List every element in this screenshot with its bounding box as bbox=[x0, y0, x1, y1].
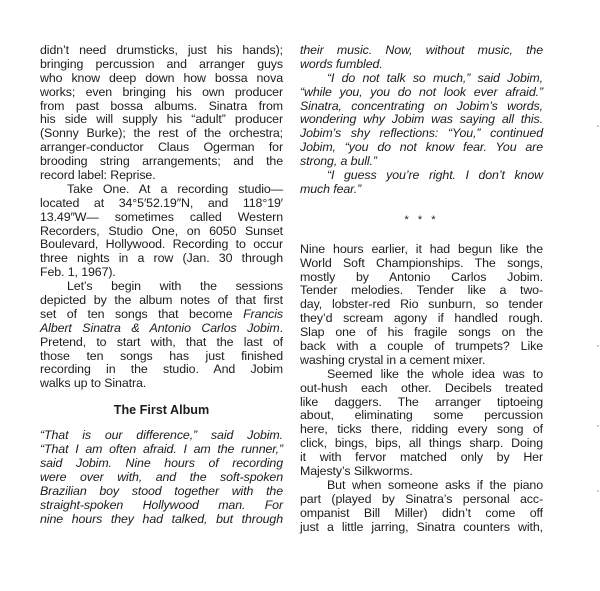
text-line: click, bings, bips, all things sharp. Do… bbox=[300, 437, 543, 451]
text-line: recording in the studio. And Jobim bbox=[40, 363, 283, 377]
spacer bbox=[300, 197, 543, 213]
text-line: Sinatra, concentrating on Jobim’s words, bbox=[300, 100, 543, 114]
scan-speck bbox=[597, 125, 599, 127]
text-line: mostly by Antonio Carlos Jobim. bbox=[300, 271, 543, 285]
text-line: located at 34°5′52.19″N, and 118°19′ bbox=[40, 197, 283, 211]
section-break-asterisks: * * * bbox=[300, 213, 543, 227]
text-line: his side will supply his “adult” produce… bbox=[40, 113, 283, 127]
text-segment: . bbox=[280, 321, 283, 335]
text-line: like daggers. The arranger tiptoeing bbox=[300, 396, 543, 410]
text-line: “I guess you’re right. I don’t know bbox=[300, 169, 543, 183]
text-line: Recorders, Studio One, on 6050 Sunset bbox=[40, 225, 283, 239]
album-title-italic: Francis bbox=[243, 307, 283, 321]
text-line: Brazilian boy stood together with the bbox=[40, 485, 283, 499]
text-line: record label: Reprise. bbox=[40, 169, 283, 183]
text-line: here, ticks there, ridding every song of bbox=[300, 423, 543, 437]
text-line: Let’s begin with the sessions bbox=[40, 280, 283, 294]
section-heading: The First Album bbox=[40, 403, 283, 417]
text-line: Slap one of his fragile songs on the bbox=[300, 326, 543, 340]
text-line: about, eliminating some percussion bbox=[300, 409, 543, 423]
text-line: Boulevard, Hollywood. Recording to occur bbox=[40, 238, 283, 252]
text-line: Tender melodies. Tender like a two- bbox=[300, 284, 543, 298]
text-line: Nine hours earlier, it had begun like th… bbox=[300, 243, 543, 257]
text-line: those ten songs has just finished bbox=[40, 350, 283, 364]
book-page: didn’t need drumsticks, just his hands);… bbox=[0, 0, 600, 591]
text-line: World Soft Championships. The songs, bbox=[300, 257, 543, 271]
text-line: Feb. 1, 1967). bbox=[40, 266, 283, 280]
paragraph-guess-youre-right: “I guess you’re right. I don’t know much… bbox=[300, 169, 543, 197]
text-line: brooding string arrangements; and the bbox=[40, 155, 283, 169]
text-line: set of ten songs that become Francis bbox=[40, 308, 283, 322]
paragraph-nine-hours-earlier: Nine hours earlier, it had begun like th… bbox=[300, 243, 543, 368]
text-line: arranger-conductor Claus Ogerman for bbox=[40, 141, 283, 155]
text-line: Take One. At a recording studio— bbox=[40, 183, 283, 197]
text-line: “That is our difference,” said Jobim. bbox=[40, 429, 283, 443]
text-line: washing crystal in a cement mixer. bbox=[300, 354, 543, 368]
scan-speck bbox=[597, 490, 599, 492]
paragraph-words-fumbled: their music. Now, without music, the wor… bbox=[300, 44, 543, 72]
scan-speck bbox=[597, 425, 599, 427]
text-line: Albert Sinatra & Antonio Carlos Jobim. bbox=[40, 322, 283, 336]
text-line: depicted by the album notes of that firs… bbox=[40, 294, 283, 308]
scan-speck bbox=[597, 345, 599, 347]
text-line: strong, a bull.” bbox=[300, 155, 543, 169]
right-column: their music. Now, without music, the wor… bbox=[300, 44, 543, 535]
paragraph-take-one: Take One. At a recording studio— located… bbox=[40, 183, 283, 280]
text-line: day, lobster-red Rio sunburn, so tender bbox=[300, 298, 543, 312]
text-line: But when someone asks if the piano bbox=[300, 479, 543, 493]
text-line: part (played by Sinatra’s personal acc- bbox=[300, 493, 543, 507]
text-line: who know deep down how bossa nova bbox=[40, 72, 283, 86]
spacer bbox=[300, 227, 543, 243]
text-line: works; even bringing his own producer bbox=[40, 86, 283, 100]
text-line: words fumbled. bbox=[300, 58, 543, 72]
paragraph-not-talk-so-much: “I do not talk so much,” said Jobim, “wh… bbox=[300, 72, 543, 169]
album-title-italic: Albert Sinatra & Antonio Carlos Jobim bbox=[40, 321, 280, 335]
text-line: from past bossa albums. Sinatra from bbox=[40, 100, 283, 114]
text-line: ompanist Bill Miller) didn’t come off bbox=[300, 507, 543, 521]
text-line: were over with, and the soft-spoken bbox=[40, 471, 283, 485]
text-line: three nights in a row (Jan. 30 through bbox=[40, 252, 283, 266]
left-column: didn’t need drumsticks, just his hands);… bbox=[40, 44, 283, 527]
text-line: bringing percussion and arranger guys bbox=[40, 58, 283, 72]
text-line: said Jobim. Nine hours of recording bbox=[40, 457, 283, 471]
paragraph-piano-part: But when someone asks if the piano part … bbox=[300, 479, 543, 535]
text-line: Majesty’s Silkworms. bbox=[300, 465, 543, 479]
text-line: “I do not talk so much,” said Jobim, bbox=[300, 72, 543, 86]
text-line: back with a couple of trumpets? Like bbox=[300, 340, 543, 354]
text-line: “while you, you do not look ever afraid.… bbox=[300, 86, 543, 100]
text-line: straight-spoken Hollywood man. For bbox=[40, 499, 283, 513]
text-line: their music. Now, without music, the bbox=[300, 44, 543, 58]
paragraph-studio-crew: didn’t need drumsticks, just his hands);… bbox=[40, 44, 283, 183]
text-line: just a little jarring, Sinatra counters … bbox=[300, 521, 543, 535]
text-line: they’d scream agony if handled rough. bbox=[300, 312, 543, 326]
text-segment: set of ten songs that become bbox=[40, 307, 243, 321]
text-line: wondering why Jobim was saying all this. bbox=[300, 113, 543, 127]
paragraph-lets-begin: Let’s begin with the sessions depicted b… bbox=[40, 280, 283, 391]
text-line: Jobim’s shy reflections: “You,” continue… bbox=[300, 127, 543, 141]
text-line: Pretend, to start with, that the last of bbox=[40, 336, 283, 350]
text-line: 13.49″W— sometimes called Western bbox=[40, 211, 283, 225]
text-line: “That I am often afraid. I am the runner… bbox=[40, 443, 283, 457]
text-line: it with fervor matched only by Her bbox=[300, 451, 543, 465]
text-line: much fear.” bbox=[300, 183, 543, 197]
paragraph-our-difference: “That is our difference,” said Jobim. “T… bbox=[40, 429, 283, 526]
text-line: nine hours they had talked, but through bbox=[40, 513, 283, 527]
text-line: didn’t need drumsticks, just his hands); bbox=[40, 44, 283, 58]
text-line: (Sonny Burke); the rest of the orchestra… bbox=[40, 127, 283, 141]
text-line: Jobim, “you do not know fear. You are bbox=[300, 141, 543, 155]
spacer bbox=[40, 391, 283, 403]
text-line: Seemed like the whole idea was to bbox=[300, 368, 543, 382]
paragraph-out-hush: Seemed like the whole idea was to out-hu… bbox=[300, 368, 543, 479]
text-line: out-hush each other. Decibels treated bbox=[300, 382, 543, 396]
text-line: walks up to Sinatra. bbox=[40, 377, 283, 391]
